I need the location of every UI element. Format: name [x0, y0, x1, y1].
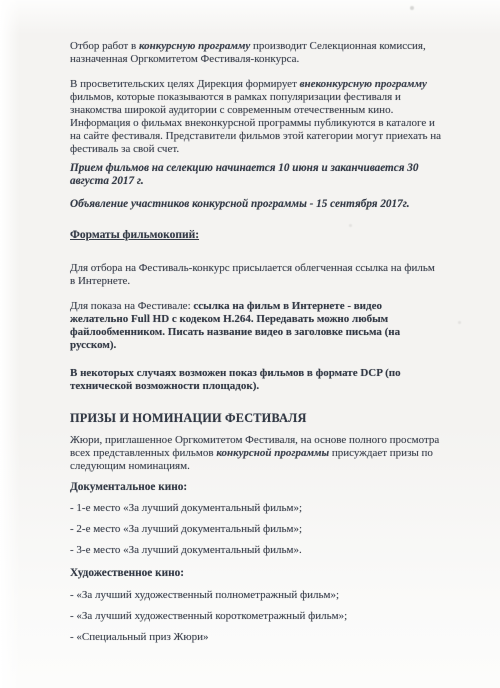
heading-fiction-cinema: Художественное кино: [70, 567, 442, 580]
list-item-fiction-1: - «За лучший художественный полнометражн… [70, 589, 442, 602]
document-body: Отбор работ в конкурсную программу произ… [70, 40, 442, 644]
heading-prizes-and-nominations: ПРИЗЫ И НОМИНАЦИИ ФЕСТИВАЛЯ [70, 412, 442, 425]
list-item-documentary-2: - 2-е место «За лучший документальный фи… [70, 523, 442, 536]
paragraph-selection-link: Для отбора на Фестиваль-конкурс присылае… [70, 262, 442, 288]
paragraph-dcp-format: В некоторых случаях возможен показ фильм… [70, 367, 442, 393]
list-item-fiction-2: - «За лучший художественный короткометра… [70, 610, 442, 623]
scan-speck [349, 224, 352, 227]
scanned-document-page: Отбор работ в конкурсную программу произ… [0, 0, 500, 688]
text-run-emphasis: конкурсную программу [139, 40, 250, 52]
heading-documentary-cinema: Документальное кино: [70, 481, 442, 494]
list-item-documentary-3: - 3-е место «За лучший документальный фи… [70, 544, 442, 557]
paragraph-out-of-competition: В просветительских целях Дирекция формир… [70, 78, 442, 156]
text-run: фильмов, которые показываются в рамках п… [70, 91, 441, 155]
paragraph-festival-screening: Для показа на Фестивале: ссылка на фильм… [70, 300, 442, 352]
scan-speck [410, 6, 414, 10]
text-run-emphasis: внеконкурсную программу [300, 78, 427, 90]
scan-speck [458, 321, 461, 324]
line-participants-announcement: Объявление участников конкурсной програм… [70, 198, 442, 211]
text-run: В просветительских целях Дирекция формир… [70, 78, 300, 90]
text-run: Отбор работ в [70, 40, 139, 52]
line-submission-dates: Прием фильмов на селекцию начинается 10 … [70, 162, 442, 188]
heading-film-copy-formats: Форматы фильмокопий: [70, 229, 442, 242]
text-run-emphasis: конкурсной программы [216, 447, 329, 459]
list-item-fiction-3: - «Специальный приз Жюри» [70, 631, 442, 644]
text-run: Для показа на Фестивале: [70, 300, 193, 312]
list-item-documentary-1: - 1-е место «За лучший документальный фи… [70, 502, 442, 515]
paragraph-selection-committee: Отбор работ в конкурсную программу произ… [70, 40, 442, 66]
paragraph-jury: Жюри, приглашенное Оргкомитетом Фестивал… [70, 434, 442, 473]
